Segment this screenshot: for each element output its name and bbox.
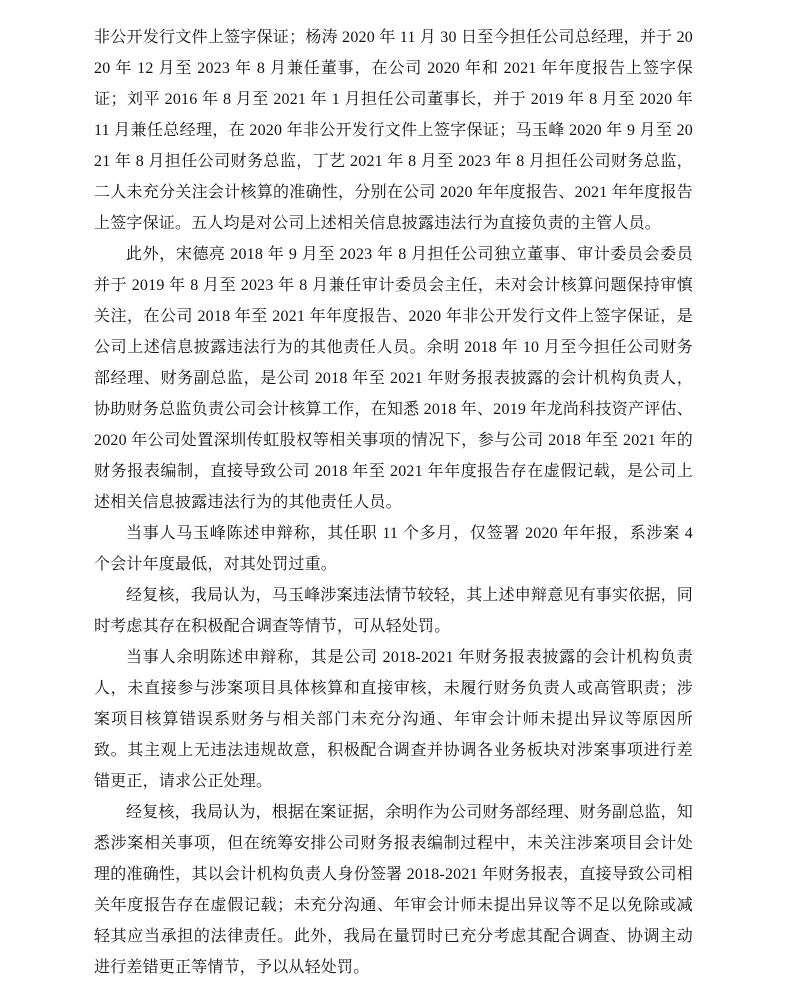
document-body: 非公开发行文件上签字保证；杨涛 2020 年 11 月 30 日至今担任公司总经… (94, 22, 693, 983)
paragraph-continuation: 非公开发行文件上签字保证；杨涛 2020 年 11 月 30 日至今担任公司总经… (94, 22, 693, 239)
paragraph-other-responsible-persons: 此外，宋德亮 2018 年 9 月至 2023 年 8 月担任公司独立董事、审计… (94, 239, 693, 518)
paragraph-yu-ming-review: 经复核，我局认为，根据在案证据，余明作为公司财务部经理、财务副总监，知悉涉案相关… (94, 797, 693, 983)
document-page: { "page": { "background": "#ffffff", "te… (0, 0, 786, 999)
paragraph-yu-ming-defense: 当事人余明陈述申辩称，其是公司 2018-2021 年财务报表披露的会计机构负责… (94, 642, 693, 797)
paragraph-ma-yufeng-review: 经复核，我局认为，马玉峰涉案违法情节较轻，其上述申辩意见有事实依据，同时考虑其存… (94, 580, 693, 642)
paragraph-ma-yufeng-defense: 当事人马玉峰陈述申辩称，其任职 11 个多月，仅签署 2020 年年报，系涉案 … (94, 518, 693, 580)
